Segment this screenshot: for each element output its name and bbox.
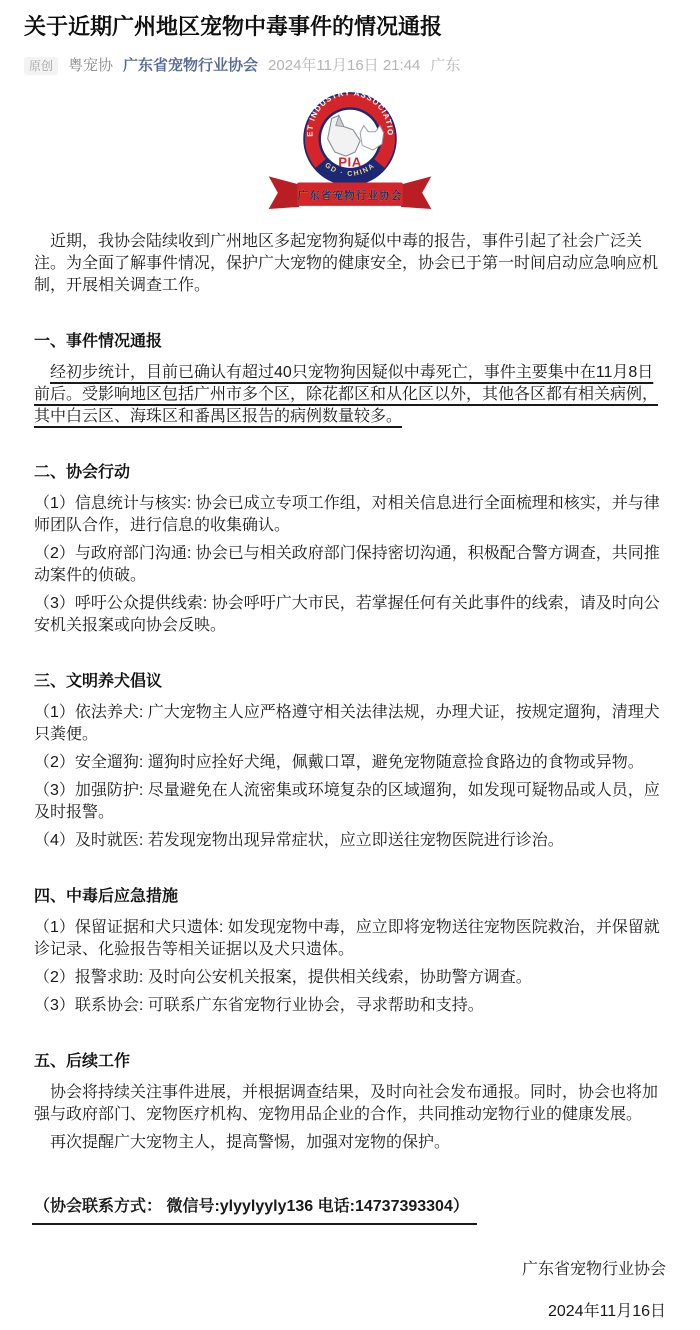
contact-line: （协会联系方式： 微信号:ylyylyyly136 电话:14737393304… (34, 1196, 666, 1225)
paragraph: 经初步统计，目前已确认有超过40只宠物狗因疑似中毒死亡，事件主要集中在11月8日… (34, 362, 666, 428)
article-title: 关于近期广州地区宠物中毒事件的情况通报 (24, 12, 676, 42)
publish-datetime: 2024年11月16日 21:44 (268, 55, 420, 76)
signature-block: 广东省宠物行业协会 2024年11月16日 (34, 1259, 666, 1323)
signature-date: 2024年11月16日 (34, 1301, 666, 1323)
paragraph: （2）安全遛狗: 遛狗时应拴好犬绳，佩戴口罩，避免宠物随意捡食路边的食物或异物。 (34, 752, 666, 774)
paragraph: （1）信息统计与核实: 协会已成立专项工作组，对相关信息进行全面梳理和核实，并与… (34, 493, 666, 537)
signature-org: 广东省宠物行业协会 (34, 1259, 666, 1281)
section-heading-3: 三、文明养犬倡议 (34, 671, 666, 693)
pet-industry-association-badge-icon: PET INDUSTRY ASSOCIATION GD · CHINA PIA … (257, 88, 443, 212)
intro-paragraph: 近期，我协会陆续收到广州地区多起宠物狗疑似中毒的报告，事件引起了社会广泛关注。为… (34, 231, 666, 297)
section-heading-5: 五、后续工作 (34, 1051, 666, 1073)
section-heading-2: 二、协会行动 (34, 462, 666, 484)
paragraph: 协会将持续关注事件进展，并根据调查结果，及时向社会发布通报。同时，协会也将加强与… (34, 1082, 666, 1126)
paragraph: （3）加强防护: 尽量避免在人流密集或环境复杂的区域遛狗，如发现可疑物品或人员，… (34, 780, 666, 824)
ribbon-label: 广东省宠物行业协会 (297, 189, 402, 202)
paragraph: （3）联系协会: 可联系广东省宠物行业协会，寻求帮助和支持。 (34, 995, 666, 1017)
paragraph: 再次提醒广大宠物主人，提高警惕，加强对宠物的保护。 (34, 1132, 666, 1154)
association-logo: PET INDUSTRY ASSOCIATION GD · CHINA PIA … (24, 88, 676, 217)
paragraph: （2）与政府部门沟通: 协会已与相关政府部门保持密切沟通，积极配合警方调查，共同… (34, 543, 666, 587)
ribbon-right-wing (401, 176, 431, 209)
paragraph: （4）及时就医: 若发现宠物出现异常症状，应立即送往宠物医院进行诊治。 (34, 830, 666, 852)
article-meta: 原创 粤宠协 广东省宠物行业协会 2024年11月16日 21:44 广东 (24, 55, 676, 76)
section-heading-4: 四、中毒后应急措施 (34, 886, 666, 908)
paragraph: （3）呼吁公众提供线索: 协会呼吁广大市民，若掌握任何有关此事件的线索，请及时向… (34, 593, 666, 637)
author-name: 粤宠协 (68, 55, 113, 76)
contact-info: （协会联系方式： 微信号:ylyylyyly136 电话:14737393304… (32, 1196, 477, 1225)
paragraph: （2）报警求助: 及时向公安机关报案，提供相关线索，协助警方调查。 (34, 967, 666, 989)
publish-location: 广东 (430, 55, 460, 76)
paragraph: （1）保留证据和犬只遗体: 如发现宠物中毒，应立即将宠物送往宠物医院救治，并保留… (34, 917, 666, 961)
ribbon-left-wing (269, 176, 299, 209)
original-badge: 原创 (24, 57, 58, 75)
account-link[interactable]: 广东省宠物行业协会 (123, 55, 258, 76)
paragraph: （1）依法养犬: 广大宠物主人应严格遵守相关法律法规，办理犬证，按规定遛狗，清理… (34, 702, 666, 746)
pia-label: PIA (338, 154, 362, 169)
article-body: 近期，我协会陆续收到广州地区多起宠物狗疑似中毒的报告，事件引起了社会广泛关注。为… (24, 231, 676, 1323)
section-heading-1: 一、事件情况通报 (34, 331, 666, 353)
article-page: 关于近期广州地区宠物中毒事件的情况通报 原创 粤宠协 广东省宠物行业协会 202… (0, 0, 700, 1323)
